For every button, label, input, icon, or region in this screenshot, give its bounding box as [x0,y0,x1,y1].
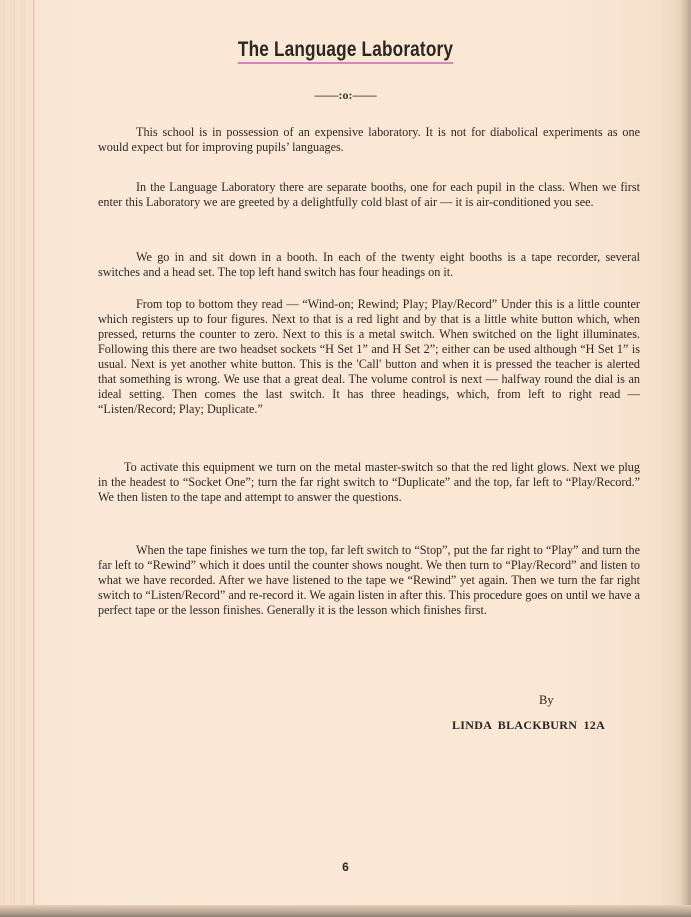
byline: By [539,693,554,708]
paragraph-text: In the Language Laboratory there are sep… [98,180,640,210]
page-number: 6 [0,860,691,874]
article-title: The Language Laboratory [62,38,629,62]
article-title-text: The Language Laboratory [238,38,453,64]
paragraph-text: To activate this equipment we turn on th… [98,460,640,505]
paragraph-text: From top to bottom they read — “Wind-on;… [98,297,640,417]
page-right-shadow [681,0,691,917]
author-name: LINDA BLACKBURN 12A [452,718,605,733]
spine-fold-line [33,0,34,905]
paragraph-1: This school is in possession of an expen… [98,125,640,155]
paragraph-2: In the Language Laboratory there are sep… [98,180,640,210]
paragraph-6: When the tape finishes we turn the top, … [98,543,640,618]
paragraph-5: To activate this equipment we turn on th… [98,460,640,505]
paragraph-4: From top to bottom they read — “Wind-on;… [98,297,640,417]
paragraph-text: When the tape finishes we turn the top, … [98,543,640,618]
title-separator: ——:o:—— [0,88,691,103]
page-bottom-shadow [0,905,691,917]
page-stack-left-edge [0,0,36,905]
paragraph-text: We go in and sit down in a booth. In eac… [98,250,640,280]
scanned-page: The Language Laboratory ——:o:—— This sch… [0,0,691,917]
paragraph-3: We go in and sit down in a booth. In eac… [98,250,640,280]
paragraph-text: This school is in possession of an expen… [98,125,640,155]
